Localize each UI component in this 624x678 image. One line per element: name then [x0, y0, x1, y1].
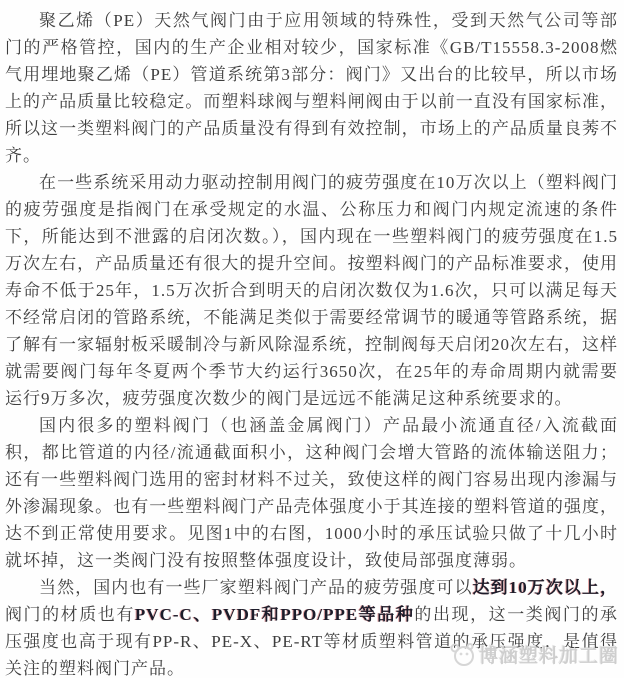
- bold-text-segment: PVC-C、PVDF和PPO/PPE等品种: [135, 605, 415, 624]
- paragraph: 聚乙烯（PE）天然气阀门由于应用领域的特殊性，受到天然气公司等部门的严格管控，国…: [5, 7, 618, 169]
- document-page: { "page": { "background": "#fefefe", "te…: [0, 0, 624, 678]
- text-segment: 国内很多的塑料阀门（也涵盖金属阀门）产品最小流通直径/入流截面积，都比管道的内径…: [5, 416, 618, 570]
- text-segment: 当然，国内也有一些厂家塑料阀门产品的疲劳强度可以: [39, 578, 473, 597]
- paragraph: 当然，国内也有一些厂家塑料阀门产品的疲劳强度可以达到10万次以上，阀门的材质也有…: [5, 574, 618, 678]
- article-body: 聚乙烯（PE）天然气阀门由于应用领域的特殊性，受到天然气公司等部门的严格管控，国…: [0, 0, 624, 678]
- text-segment: 聚乙烯（PE）天然气阀门由于应用领域的特殊性，受到天然气公司等部门的严格管控，国…: [5, 11, 618, 165]
- paragraph: 国内很多的塑料阀门（也涵盖金属阀门）产品最小流通直径/入流截面积，都比管道的内径…: [5, 412, 618, 574]
- text-segment: 在一些系统采用动力驱动控制用阀门的疲劳强度在10万次以上（塑料阀门的疲劳强度是指…: [5, 173, 618, 408]
- bold-text-segment: 达到10万次以上，: [473, 578, 618, 597]
- document-main: 聚乙烯（PE）天然气阀门由于应用领域的特殊性，受到天然气公司等部门的严格管控，国…: [0, 0, 624, 678]
- text-segment: 阀门的材质也有: [5, 605, 135, 624]
- paragraph: 在一些系统采用动力驱动控制用阀门的疲劳强度在10万次以上（塑料阀门的疲劳强度是指…: [5, 169, 618, 412]
